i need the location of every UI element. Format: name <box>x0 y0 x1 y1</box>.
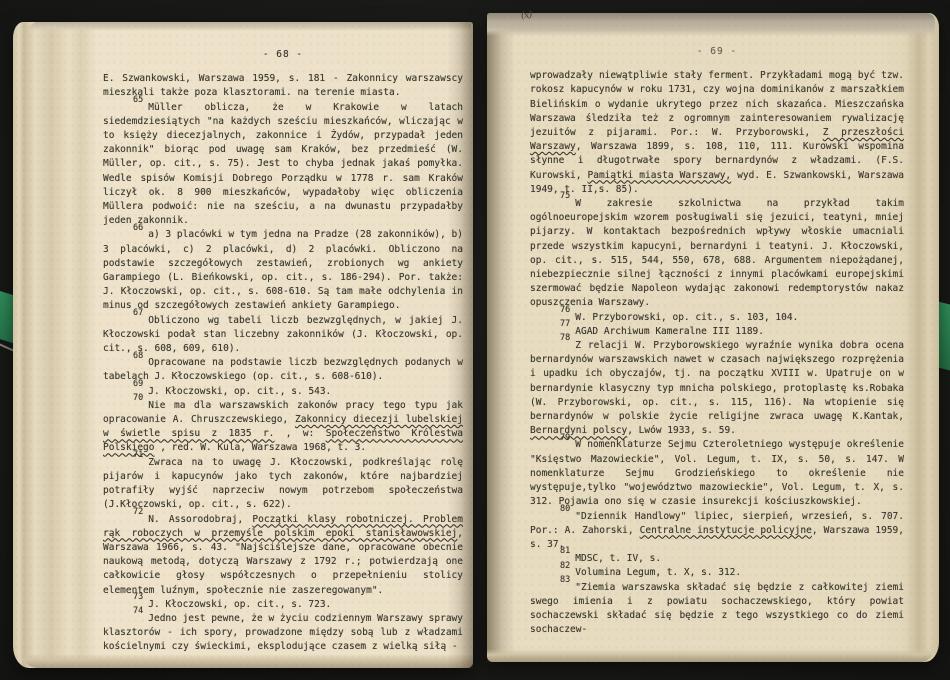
footnote-79: 79W nomenklaturze Sejmu Czteroletniego w… <box>530 438 904 509</box>
footnote-78: 78Z relacji W. Przyborowskiego wyraźnie … <box>530 339 904 438</box>
text-run: N. Assorodobraj, <box>148 514 252 525</box>
cited-title: Bernardyni polscy <box>530 425 627 436</box>
text-run: , red. W. Kula, Warszawa 1968, t. 3. <box>154 442 366 453</box>
text-run: J. Kłoczowski, op. cit., s. 723. <box>148 599 331 610</box>
footnote-number: 66 <box>133 223 148 233</box>
footnote-77: 77AGAD Archiwum Kameralne III 1189. <box>530 325 904 339</box>
footnote-number: 80 <box>560 504 575 514</box>
text-run: Müller oblicza, że w Krakowie w latach s… <box>103 102 463 227</box>
left-page-text: - 68 - E. Szwankowski, Warszawa 1959, s.… <box>103 48 463 655</box>
left-page-bottom-edge <box>23 654 473 668</box>
text-run: MDSC, t. IV, s. <box>575 553 661 564</box>
text-run: W zakresie szkolnictwa na przykład takim… <box>530 198 904 308</box>
cited-title: Centralne instytucje policyjne <box>640 525 812 536</box>
footnote-67: 67Obliczono wg tabeli liczb bezwzględnyc… <box>103 314 463 357</box>
right-page-footnotes: wprowadzały niewątpliwie stały ferment. … <box>530 69 904 637</box>
cited-title: Pamiątki miasta Warszawy, <box>588 170 732 181</box>
footnote-75: 75W zakresie szkolnictwa na przykład tak… <box>530 197 904 311</box>
footnote-number: 71 <box>133 450 148 460</box>
text-run: W nomenklaturze Sejmu Czteroletniego wys… <box>530 439 904 507</box>
text-run: E. Szwankowski, Warszawa 1959, s. 181 - … <box>103 73 463 98</box>
footnote-number: 73 <box>133 592 148 602</box>
left-page-footnotes: E. Szwankowski, Warszawa 1959, s. 181 - … <box>103 72 463 654</box>
footnote-65: 65Müller oblicza, że w Krakowie w latach… <box>103 101 463 229</box>
footnote-66: 66a) 3 placówki w tym jedna na Pradze (2… <box>103 228 463 313</box>
footnote-73: 73J. Kłoczowski, op. cit., s. 723. <box>103 598 463 612</box>
footnote-number: 65 <box>133 95 148 105</box>
footnote-76: 76W. Przyborowski, op. cit., s. 103, 104… <box>530 311 904 325</box>
footnote-number: 70 <box>133 393 148 403</box>
text-run: Obliczono wg tabeli liczb bezwzględnych,… <box>103 315 463 354</box>
text-run: Jedno jest pewne, że w życiu codziennym … <box>103 613 463 652</box>
footnote-number: 78 <box>560 333 575 343</box>
footnote-82: 82Volumina Legum, t. X, s. 312. <box>530 566 904 580</box>
footnote-number: 72 <box>133 507 148 517</box>
footnote-number: 75 <box>560 191 575 201</box>
right-page-top-edge <box>487 13 935 36</box>
footnote-number: 68 <box>133 351 148 361</box>
footnote-number: 69 <box>133 379 148 389</box>
footnote-81: 81MDSC, t. IV, s. <box>530 552 904 566</box>
right-page-text: - 69 - wprowadzały niewątpliwie stały fe… <box>530 45 904 637</box>
book-scan: (x) - 68 - E. Szwankowski, Warszawa 1959… <box>0 0 950 680</box>
footnote-69: 69J. Kłoczowski, op. cit., s. 543. <box>103 385 463 399</box>
text-run: , w: <box>274 428 325 439</box>
text-run: , Lwów 1933, s. 59. <box>627 425 736 436</box>
footnote-80: 80"Dziennik Handlowy" lipiec, sierpień, … <box>530 510 904 553</box>
text-run: "Ziemia warszawska składać się będzie z … <box>530 582 904 636</box>
text-run: Opracowane na podstawie liczb bezwzględn… <box>103 357 463 382</box>
footnote-number: 77 <box>560 319 575 329</box>
footnote-68: 68Opracowane na podstawie liczb bezwzglę… <box>103 356 463 384</box>
text-run: W. Przyborowski, op. cit., s. 103, 104. <box>575 312 798 323</box>
footnote-72: 72N. Assorodobraj, Początki klasy robotn… <box>103 513 463 598</box>
footnote-number: 76 <box>560 305 575 315</box>
text-run: a) 3 placówki w tym jedna na Pradze (28 … <box>103 229 463 311</box>
footnote-74: 74Jedno jest pewne, że w życiu codzienny… <box>103 612 463 655</box>
body-paragraph: wprowadzały niewątpliwie stały ferment. … <box>530 69 904 197</box>
footnote-number: 82 <box>560 561 575 571</box>
footnote-number: 79 <box>560 433 575 443</box>
text-run: Volumina Legum, t. X, s. 312. <box>575 567 741 578</box>
right-page-bottom-edge <box>487 649 933 662</box>
footnote-number: 67 <box>133 308 148 318</box>
text-run: Zwraca na to uwagę J. Kłoczowski, podkre… <box>103 457 463 511</box>
footnote-number: 74 <box>133 606 148 616</box>
page-number-left: - 68 - <box>103 48 463 62</box>
footnote-83: 83"Ziemia warszawska składać się będzie … <box>530 581 904 638</box>
text-run: Z relacji W. Przyborowskiego wyraźnie wy… <box>530 340 904 422</box>
footnote-71: 71Zwraca na to uwagę J. Kłoczowski, podk… <box>103 456 463 513</box>
body-paragraph: E. Szwankowski, Warszawa 1959, s. 181 - … <box>103 72 463 100</box>
page-number-right: - 69 - <box>530 45 904 59</box>
footnote-number: 81 <box>560 546 575 556</box>
pencil-mark: (x) <box>520 9 532 21</box>
text-run: AGAD Archiwum Kameralne III 1189. <box>575 326 764 337</box>
text-run: J. Kłoczowski, op. cit., s. 543. <box>148 386 331 397</box>
footnote-70: 70Nie ma dla warszawskich zakonów pracy … <box>103 399 463 456</box>
footnote-number: 83 <box>560 575 575 585</box>
